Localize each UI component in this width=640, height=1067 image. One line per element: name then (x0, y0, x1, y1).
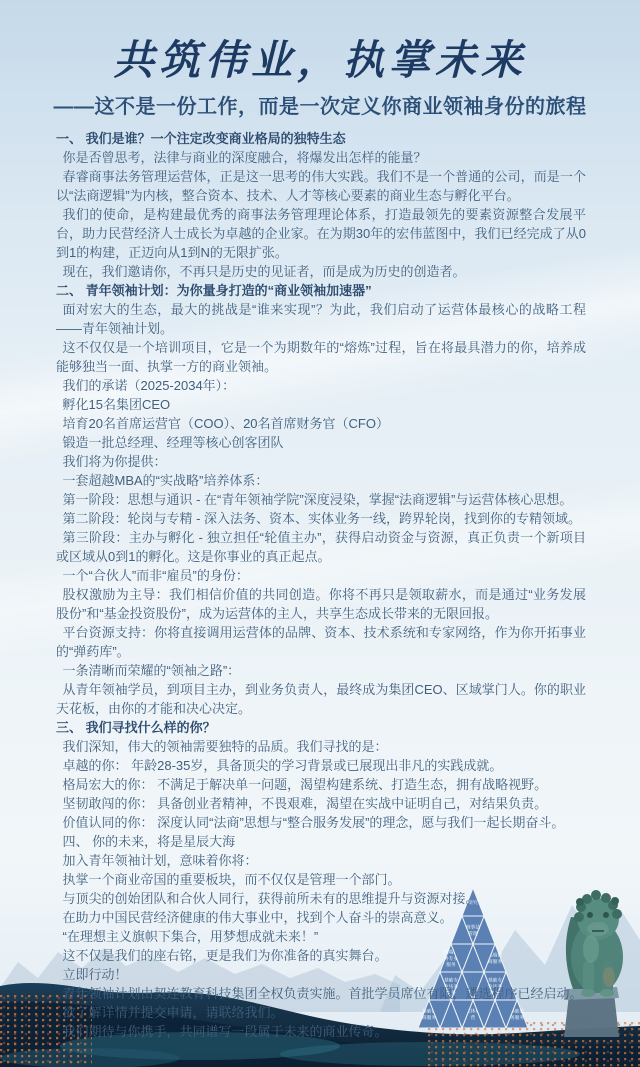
paragraph: 第三阶段：主办与孵化 - 独立担任“轮值主办”，获得启动资金与资源，真正负责一个… (56, 528, 586, 566)
paragraph: “在理想主义旗帜下集合，用梦想成就未来！” (56, 927, 586, 946)
paragraph: 面对宏大的生态，最大的挑战是“谁来实现”？为此，我们启动了运营体最核心的战略工程… (56, 300, 586, 338)
paragraph: 价值认同的你： 深度认同“法商”思想与“整合服务发展”的理念，愿与我们一起长期奋… (56, 813, 586, 832)
paragraph: 春睿商事法务管理运营体，正是这一思考的伟大实践。我们不是一个普通的公司，而是一个… (56, 167, 586, 205)
poster-header: 共筑伟业，执掌未来 ——这不是一份工作，而是一次定义你商业领袖身份的旅程 (0, 34, 640, 120)
paragraph: 现在，我们邀请你，不再只是历史的见证者，而是成为历史的创造者。 (56, 262, 586, 281)
paragraph: 这不仅仅是一个培训项目，它是一个为期数年的“熔炼”过程，旨在将最具潜力的你，培养… (56, 338, 586, 376)
paragraph: 第二阶段：轮岗与专精 - 深入法务、资本、实体业务一线，跨界轮岗，找到你的专精领… (56, 509, 586, 528)
paragraph: 从青年领袖学员，到项目主办，到业务负责人，最终成为集团CEO、区域掌门人。你的职… (56, 680, 586, 718)
paragraph: 加入青年领袖计划，意味着你将： (56, 851, 586, 870)
lion-paw (600, 989, 614, 997)
paragraph: 一条清晰而荣耀的“领袖之路”： (56, 661, 586, 680)
paragraph: 我们的使命，是构建最优秀的商事法务管理理论体系，打造最领先的要素资源整合发展平台… (56, 205, 586, 262)
warm-reflection (603, 967, 615, 987)
paragraph: 我们深知，伟大的领袖需要独特的品质。我们寻找的是： (56, 737, 586, 756)
lion-eye (587, 912, 593, 918)
lion-eye (603, 912, 609, 918)
paragraph: 在助力中国民营经济健康的伟大事业中，找到个人奋斗的崇高意义。 (56, 908, 586, 927)
paragraph: 与顶尖的创始团队和合伙人同行，获得前所未有的思维提升与资源对接。 (56, 889, 586, 908)
paragraph: 立即行动！ (56, 965, 586, 984)
paragraph: 股权激励为主导：我们相信价值的共同创造。你将不再只是领取薪水，而是通过“业务发展… (56, 585, 586, 623)
paragraph: 我们期待与你携手，共同谱写一段属于未来的商业传奇。 (56, 1022, 586, 1041)
paragraph: 卓越的你： 年龄28-35岁，具备顶尖的学习背景或已展现出非凡的实践成就。 (56, 756, 586, 775)
paragraph: 锻造一批总经理、经理等核心创客团队 (56, 433, 586, 452)
paragraph: 我们将为你提供： (56, 452, 586, 471)
poster-title: 共筑伟业，执掌未来 (0, 34, 640, 86)
paragraph: 坚韧敢闯的你： 具备创业者精神，不畏艰难，渴望在实战中证明自己，对结果负责。 (56, 794, 586, 813)
paragraph: 一套超越MBA的“实战略”培养体系： (56, 471, 586, 490)
lion-muzzle (587, 922, 609, 936)
paragraph: 欲了解详情并提交申请，请联络我们。 (56, 1003, 586, 1022)
paragraph: 我们的承诺（2025-2034年）： (56, 376, 586, 395)
paragraph: 孵化15名集团CEO (56, 395, 586, 414)
paragraph: 你是否曾思考，法律与商业的深度融合，将爆发出怎样的能量？ (56, 148, 586, 167)
paragraph: 第一阶段：思想与通识 - 在“青年领袖学院”深度浸染，掌握“法商逻辑”与运营体核… (56, 490, 586, 509)
paragraph: 一个“合伙人”而非“雇员”的身份： (56, 566, 586, 585)
lion-mouth (592, 930, 604, 932)
paragraph: 这不仅是我们的座右铭，更是我们为你准备的真实舞台。 (56, 946, 586, 965)
poster-subtitle: ——这不是一份工作，而是一次定义你商业领袖身份的旅程 (0, 94, 640, 120)
paragraph: 培育20名首席运营官（COO）、20名首席财务官（CFO） (56, 414, 586, 433)
section-heading: 三、 我们寻找什么样的你？ (56, 718, 586, 737)
poster: 研究商事法管理高端法务专业服务高端营商服务基础专业法务服务基础专业法务服务基础营… (0, 0, 640, 1067)
lion-ear (611, 897, 619, 905)
paragraph: 四、 你的未来，将是星辰大海 (56, 832, 586, 851)
paragraph: 执掌一个商业帝国的重要板块，而不仅仅是管理一个部门。 (56, 870, 586, 889)
paragraph: 青年领袖计划由契连教育科技集团全权负责实施。首批学员席位有限，遴选程序已经启动。 (56, 984, 586, 1003)
article-body: 一、 我们是谁？一个注定改变商业格局的独特生态你是否曾思考，法律与商业的深度融合… (56, 129, 586, 1041)
section-heading: 一、 我们是谁？一个注定改变商业格局的独特生态 (56, 129, 586, 148)
paragraph: 格局宏大的你： 不满足于解决单一问题，渴望构建系统、打造生态，拥有战略视野。 (56, 775, 586, 794)
paragraph: 平台资源支持：你将直接调用运营体的品牌、资本、技术系统和专家网络，作为你开拓事业… (56, 623, 586, 661)
section-heading: 二、 青年领袖计划：为你量身打造的“商业领袖加速器” (56, 281, 586, 300)
